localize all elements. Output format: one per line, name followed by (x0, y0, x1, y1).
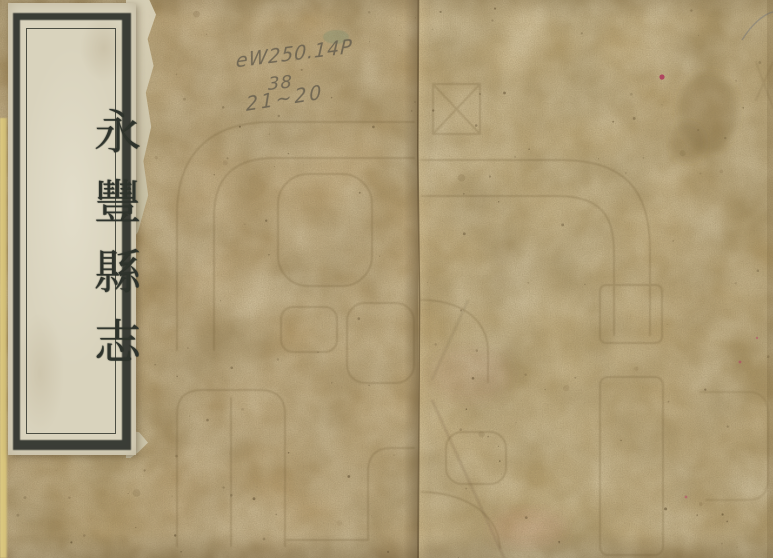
edge-shading (767, 0, 773, 558)
title-label-strip: 永豐縣志 (8, 3, 136, 455)
book-cover-scan: 永豐縣志 eW250.14P 38 21~20 (0, 0, 773, 558)
book-title: 永豐縣志 (8, 3, 136, 455)
page-edge-strip (0, 118, 8, 558)
